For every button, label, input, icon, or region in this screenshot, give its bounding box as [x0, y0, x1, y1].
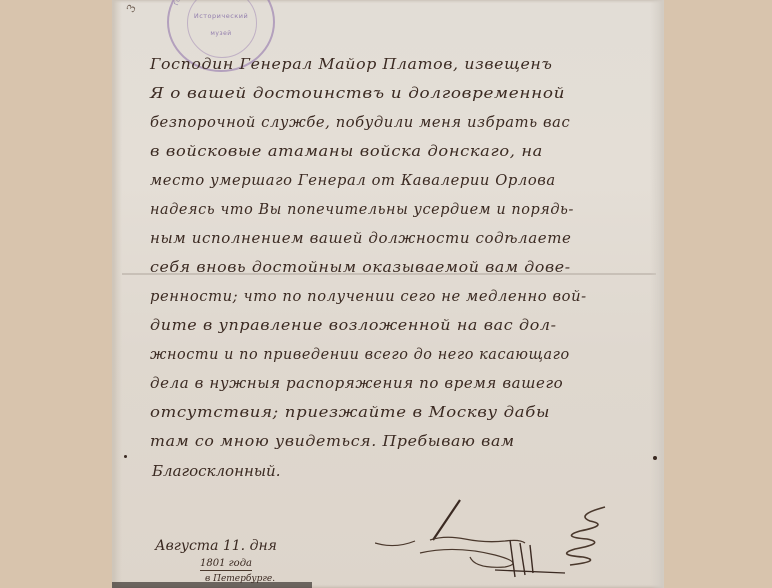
letter-line: дела в нужныя распоряжения по время ваше…: [150, 374, 563, 392]
letter-line: безпорочной службе, побудили меня избрат…: [150, 113, 570, 131]
letter-line: место умершаго Генерал от Кавалерии Орло…: [150, 171, 556, 189]
letter-closing: Благосклонный.: [152, 462, 280, 480]
stamp-text-line-2: музей: [169, 30, 273, 37]
letter-line: ренности; что по получении сего не медле…: [150, 287, 587, 305]
ink-dot: [653, 456, 657, 460]
document-photo: 3 Государственный архив Исторический муз…: [0, 0, 772, 588]
stamp-text-line-1: Исторический: [169, 12, 273, 20]
letter-line: там со мною увидеться. Пребываю вам: [150, 432, 515, 450]
date-day-month: Августа 11. дня: [155, 538, 277, 554]
letter-line: Господин Генерал Майор Платов, извещенъ: [150, 55, 553, 73]
ink-dot: [124, 455, 127, 458]
stamp-inner-ring: [187, 0, 257, 58]
letter-line: в войсковые атаманы войска донскаго, на: [150, 142, 543, 160]
letter-line: себя вновь достойным оказываемой вам дов…: [150, 258, 571, 276]
letter-line: жности и по приведении всего до него кас…: [150, 345, 570, 363]
date-place: в Петербурге.: [205, 574, 275, 584]
date-year: 1801 года: [200, 558, 252, 571]
letter-line: дите в управление возложенной на вас дол…: [150, 316, 557, 334]
letter-line: ным исполнением вашей должности содѣлает…: [150, 229, 572, 247]
letter-line: отсутствия; приезжайте в Москву дабы: [150, 403, 550, 421]
letter-line: Я о вашей достоинствъ и долговременной: [150, 84, 565, 102]
signature-flourish-icon: [375, 495, 615, 585]
letter-line: надеясь что Вы попечительны усердием и п…: [150, 200, 574, 218]
